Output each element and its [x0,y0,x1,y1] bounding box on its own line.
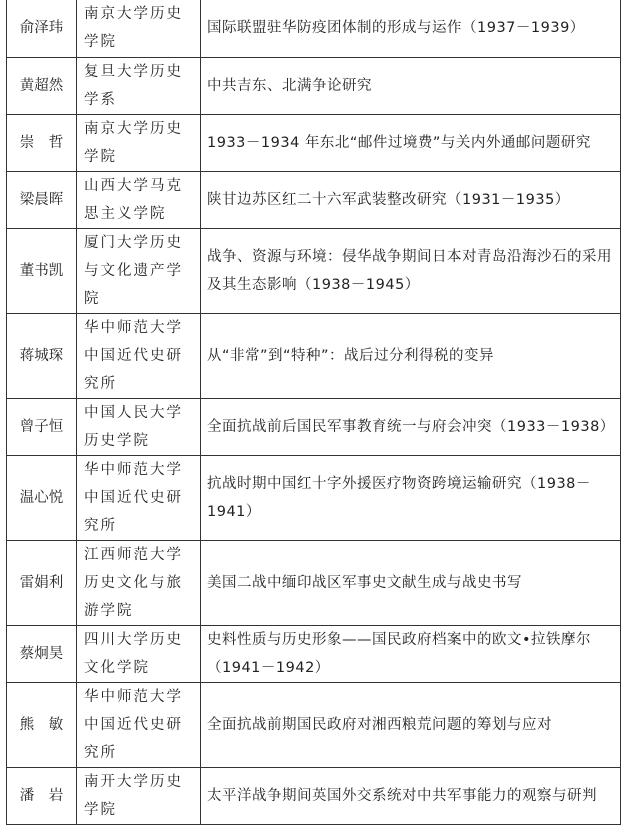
name-cell: 雷娟利 [7,541,77,626]
name-cell: 熊 敏 [7,683,77,768]
name-cell: 黄超然 [7,58,77,115]
scholar-topic-table: 俞泽玮南京大学历史学院国际联盟驻华防疫团体制的形成与运作（1937－1939）黄… [6,0,621,825]
institution-cell: 南京大学历史学院 [77,0,201,58]
topic-cell: 从“非常”到“特种”：战后过分利得税的变异 [201,314,621,399]
table-row: 黄超然复旦大学历史学系中共吉东、北满争论研究 [7,58,621,115]
institution-cell: 南开大学历史学院 [77,768,201,825]
table-row: 温心悦华中师范大学中国近代史研究所抗战时期中国红十字外援医疗物资跨境运输研究（1… [7,456,621,541]
institution-cell: 江西师范大学历史文化与旅游学院 [77,541,201,626]
institution-cell: 四川大学历史文化学院 [77,626,201,683]
institution-cell: 华中师范大学中国近代史研究所 [77,456,201,541]
table-row: 曾子恒中国人民大学历史学院全面抗战前后国民军事教育统一与府会冲突（1933－19… [7,399,621,456]
name-cell: 董书凯 [7,229,77,314]
topic-cell: 史料性质与历史形象——国民政府档案中的欧文•拉铁摩尔（1941－1942） [201,626,621,683]
topic-cell: 美国二战中缅印战区军事史文献生成与战史书写 [201,541,621,626]
name-cell: 蔡炯昊 [7,626,77,683]
topic-cell: 中共吉东、北满争论研究 [201,58,621,115]
institution-cell: 山西大学马克思主义学院 [77,172,201,229]
topic-cell: 战争、资源与环境：侵华战争期间日本对青岛沿海沙石的采用及其生态影响（1938－1… [201,229,621,314]
name-cell: 崇 哲 [7,115,77,172]
table-row: 蒋城琛华中师范大学中国近代史研究所从“非常”到“特种”：战后过分利得税的变异 [7,314,621,399]
table-row: 蔡炯昊四川大学历史文化学院史料性质与历史形象——国民政府档案中的欧文•拉铁摩尔（… [7,626,621,683]
name-cell: 俞泽玮 [7,0,77,58]
topic-cell: 1933－1934 年东北“邮件过境费”与关内外通邮问题研究 [201,115,621,172]
table-row: 梁晨晖山西大学马克思主义学院陕甘边苏区红二十六军武装整改研究（1931－1935… [7,172,621,229]
table-row: 董书凯厦门大学历史与文化遗产学院战争、资源与环境：侵华战争期间日本对青岛沿海沙石… [7,229,621,314]
topic-cell: 全面抗战前后国民军事教育统一与府会冲突（1933－1938） [201,399,621,456]
institution-cell: 中国人民大学历史学院 [77,399,201,456]
institution-cell: 复旦大学历史学系 [77,58,201,115]
topic-cell: 抗战时期中国红十字外援医疗物资跨境运输研究（1938－1941） [201,456,621,541]
table-row: 崇 哲南京大学历史学院1933－1934 年东北“邮件过境费”与关内外通邮问题研… [7,115,621,172]
institution-cell: 南京大学历史学院 [77,115,201,172]
name-cell: 蒋城琛 [7,314,77,399]
institution-cell: 华中师范大学中国近代史研究所 [77,683,201,768]
table-row: 俞泽玮南京大学历史学院国际联盟驻华防疫团体制的形成与运作（1937－1939） [7,0,621,58]
name-cell: 曾子恒 [7,399,77,456]
topic-cell: 陕甘边苏区红二十六军武装整改研究（1931－1935） [201,172,621,229]
table-row: 潘 岩南开大学历史学院太平洋战争期间英国外交系统对中共军事能力的观察与研判 [7,768,621,825]
topic-cell: 国际联盟驻华防疫团体制的形成与运作（1937－1939） [201,0,621,58]
table-body: 俞泽玮南京大学历史学院国际联盟驻华防疫团体制的形成与运作（1937－1939）黄… [7,0,621,825]
name-cell: 温心悦 [7,456,77,541]
table-row: 雷娟利江西师范大学历史文化与旅游学院美国二战中缅印战区军事史文献生成与战史书写 [7,541,621,626]
table-row: 熊 敏华中师范大学中国近代史研究所全面抗战前期国民政府对湘西粮荒问题的筹划与应对 [7,683,621,768]
topic-cell: 全面抗战前期国民政府对湘西粮荒问题的筹划与应对 [201,683,621,768]
name-cell: 梁晨晖 [7,172,77,229]
topic-cell: 太平洋战争期间英国外交系统对中共军事能力的观察与研判 [201,768,621,825]
name-cell: 潘 岩 [7,768,77,825]
institution-cell: 华中师范大学中国近代史研究所 [77,314,201,399]
institution-cell: 厦门大学历史与文化遗产学院 [77,229,201,314]
